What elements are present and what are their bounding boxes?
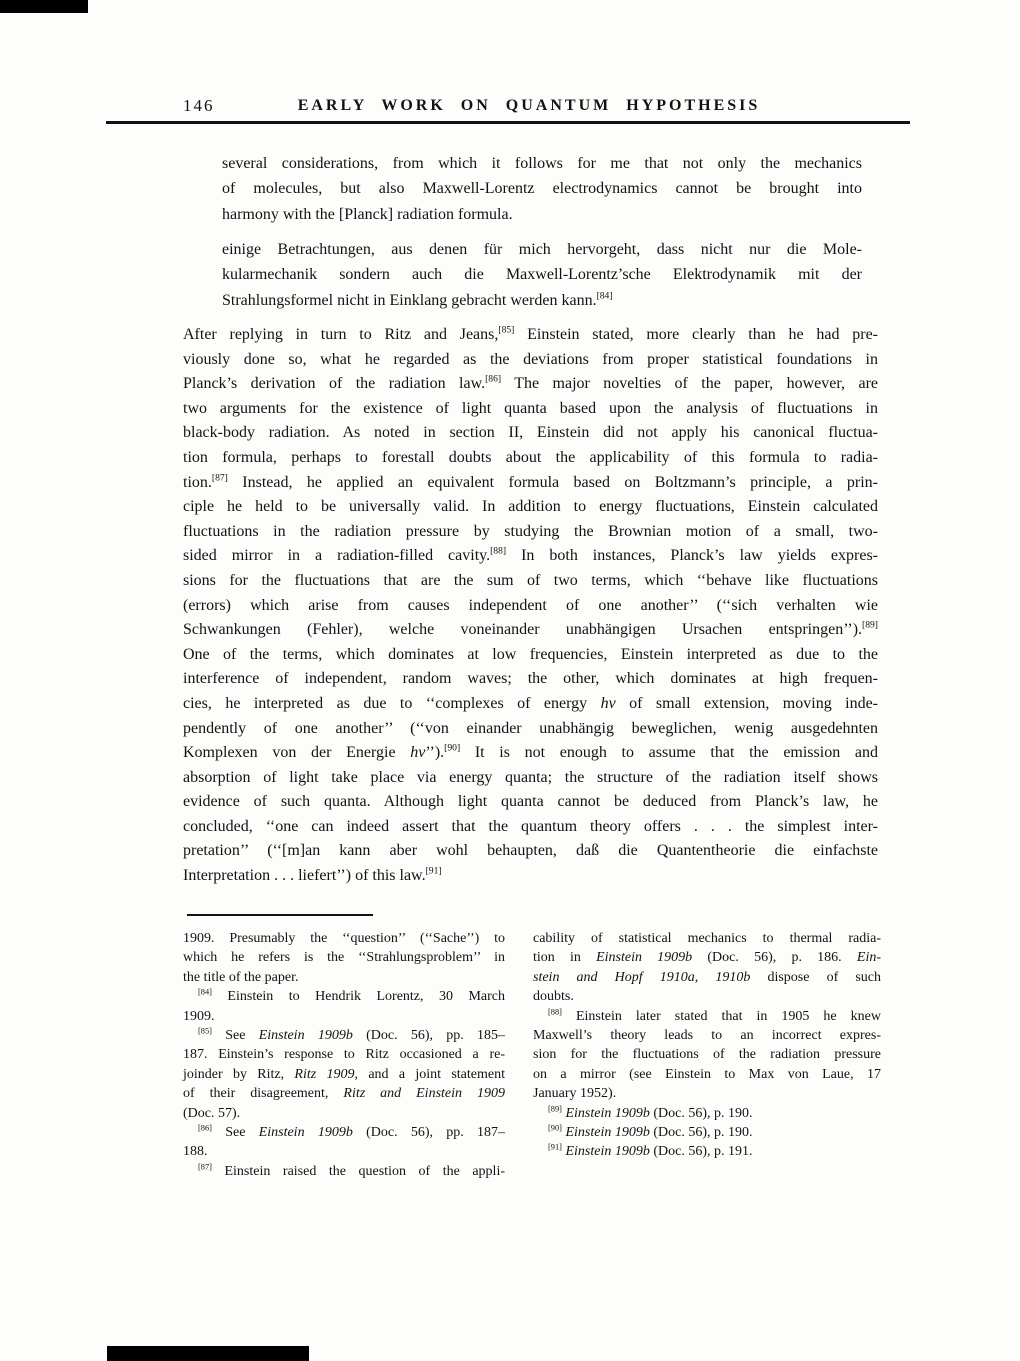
text-line: Interpretation . . . liefert’’) of this … — [183, 864, 878, 889]
main-body-text: After replying in turn to Ritz and Jeans… — [183, 323, 878, 889]
text-line: Schwankungen (Fehler), welche voneinande… — [183, 618, 878, 643]
book-page: 146 EARLY WORK ON QUANTUM HYPOTHESIS sev… — [0, 0, 1020, 1361]
text-line: black-body radiation. As noted in sectio… — [183, 421, 878, 446]
text-line: 188. — [183, 1142, 505, 1161]
paragraph: [84] Einstein to Hendrik Lorentz, 30 Mar… — [183, 987, 505, 1026]
text-line: pretation’’ (‘‘[m]an kann aber wohl beha… — [183, 839, 878, 864]
scan-artifact-bottom — [107, 1346, 309, 1361]
text-line: cability of statistical mechanics to the… — [533, 929, 881, 948]
text-line: After replying in turn to Ritz and Jeans… — [183, 323, 878, 348]
text-line: ciple he held to be universally valid. I… — [183, 495, 878, 520]
text-line: 187. Einstein’s response to Ritz occasio… — [183, 1045, 505, 1064]
text-line: cies, he interpreted as due to ‘‘complex… — [183, 692, 878, 717]
text-line: stein and Hopf 1910a, 1910b dispose of s… — [533, 968, 881, 987]
text-line: on a mirror (see Einstein to Max von Lau… — [533, 1065, 881, 1084]
paragraph: [90] Einstein 1909b (Doc. 56), p. 190. — [533, 1123, 881, 1142]
text-line: (errors) which arise from causes indepen… — [183, 594, 878, 619]
scan-artifact-top-left — [0, 0, 88, 13]
text-line: Komplexen von der Energie hν’’).[90] It … — [183, 741, 878, 766]
paragraph: several considerations, from which it fo… — [222, 151, 862, 227]
header-rule — [106, 121, 910, 124]
text-line: [84] Einstein to Hendrik Lorentz, 30 Mar… — [183, 987, 505, 1006]
paragraph: [85] See Einstein 1909b (Doc. 56), pp. 1… — [183, 1026, 505, 1123]
text-line: 1909. Presumably the ‘‘question’’ (‘‘Sac… — [183, 929, 505, 948]
text-line: absorption of light take place via energ… — [183, 766, 878, 791]
paragraph: cability of statistical mechanics to the… — [533, 929, 881, 1007]
text-line: doubts. — [533, 987, 881, 1006]
text-line: which he refers is the ‘‘Strahlungsprobl… — [183, 948, 505, 967]
text-line: January 1952). — [533, 1084, 881, 1103]
text-line: [89] Einstein 1909b (Doc. 56), p. 190. — [533, 1104, 881, 1123]
text-line: joinder by Ritz, Ritz 1909, and a joint … — [183, 1065, 505, 1084]
text-line: interference of independent, random wave… — [183, 667, 878, 692]
text-line: of molecules, but also Maxwell-Lorentz e… — [222, 176, 862, 201]
text-line: kularmechanik sondern auch die Maxwell-L… — [222, 262, 862, 287]
footnote-separator-rule — [187, 914, 373, 916]
text-line: concluded, ‘‘one can indeed assert that … — [183, 815, 878, 840]
text-line: tion.[87] Instead, he applied an equival… — [183, 471, 878, 496]
text-line: [86] See Einstein 1909b (Doc. 56), pp. 1… — [183, 1123, 505, 1142]
text-line: Planck’s derivation of the radiation law… — [183, 372, 878, 397]
text-line: fluctuations in the radiation pressure b… — [183, 520, 878, 545]
text-line: the title of the paper. — [183, 968, 505, 987]
paragraph: 1909. Presumably the ‘‘question’’ (‘‘Sac… — [183, 929, 505, 987]
paragraph: [89] Einstein 1909b (Doc. 56), p. 190. — [533, 1104, 881, 1123]
text-line: [88] Einstein later stated that in 1905 … — [533, 1007, 881, 1026]
text-line: Strahlungsformel nicht in Einklang gebra… — [222, 288, 862, 313]
text-line: tion in Einstein 1909b (Doc. 56), p. 186… — [533, 948, 881, 967]
block-quote-german: einige Betrachtungen, aus denen für mich… — [222, 237, 862, 313]
text-line: tion formula, perhaps to forestall doubt… — [183, 446, 878, 471]
paragraph: [91] Einstein 1909b (Doc. 56), p. 191. — [533, 1142, 881, 1161]
paragraph: [86] See Einstein 1909b (Doc. 56), pp. 1… — [183, 1123, 505, 1162]
footnotes-column-left: 1909. Presumably the ‘‘question’’ (‘‘Sac… — [183, 929, 505, 1181]
block-quote-english: several considerations, from which it fo… — [222, 151, 862, 227]
text-line: [87] Einstein raised the question of the… — [183, 1162, 505, 1181]
footnotes-column-right: cability of statistical mechanics to the… — [533, 929, 881, 1162]
paragraph: [88] Einstein later stated that in 1905 … — [533, 1007, 881, 1104]
text-line: One of the terms, which dominates at low… — [183, 643, 878, 668]
text-line: [90] Einstein 1909b (Doc. 56), p. 190. — [533, 1123, 881, 1142]
paragraph: [87] Einstein raised the question of the… — [183, 1162, 505, 1181]
text-line: pendently of one another’’ (‘‘von einand… — [183, 717, 878, 742]
text-line: 1909. — [183, 1007, 505, 1026]
text-line: of their disagreement, Ritz and Einstein… — [183, 1084, 505, 1103]
text-line: [91] Einstein 1909b (Doc. 56), p. 191. — [533, 1142, 881, 1161]
text-line: [85] See Einstein 1909b (Doc. 56), pp. 1… — [183, 1026, 505, 1045]
text-line: viously done so, what he regarded as the… — [183, 348, 878, 373]
text-line: (Doc. 57). — [183, 1104, 505, 1123]
text-line: evidence of such quanta. Although light … — [183, 790, 878, 815]
text-line: Maxwell’s theory leads to an incorrect e… — [533, 1026, 881, 1045]
running-head-title: EARLY WORK ON QUANTUM HYPOTHESIS — [127, 97, 931, 115]
text-line: sions for the fluctuations that are the … — [183, 569, 878, 594]
text-line: two arguments for the existence of light… — [183, 397, 878, 422]
text-line: harmony with the [Planck] radiation form… — [222, 202, 862, 227]
paragraph: einige Betrachtungen, aus denen für mich… — [222, 237, 862, 313]
text-line: several considerations, from which it fo… — [222, 151, 862, 176]
text-line: sided mirror in a radiation-filled cavit… — [183, 544, 878, 569]
text-line: einige Betrachtungen, aus denen für mich… — [222, 237, 862, 262]
text-line: sion for the fluctuations of the radiati… — [533, 1045, 881, 1064]
paragraph: After replying in turn to Ritz and Jeans… — [183, 323, 878, 889]
